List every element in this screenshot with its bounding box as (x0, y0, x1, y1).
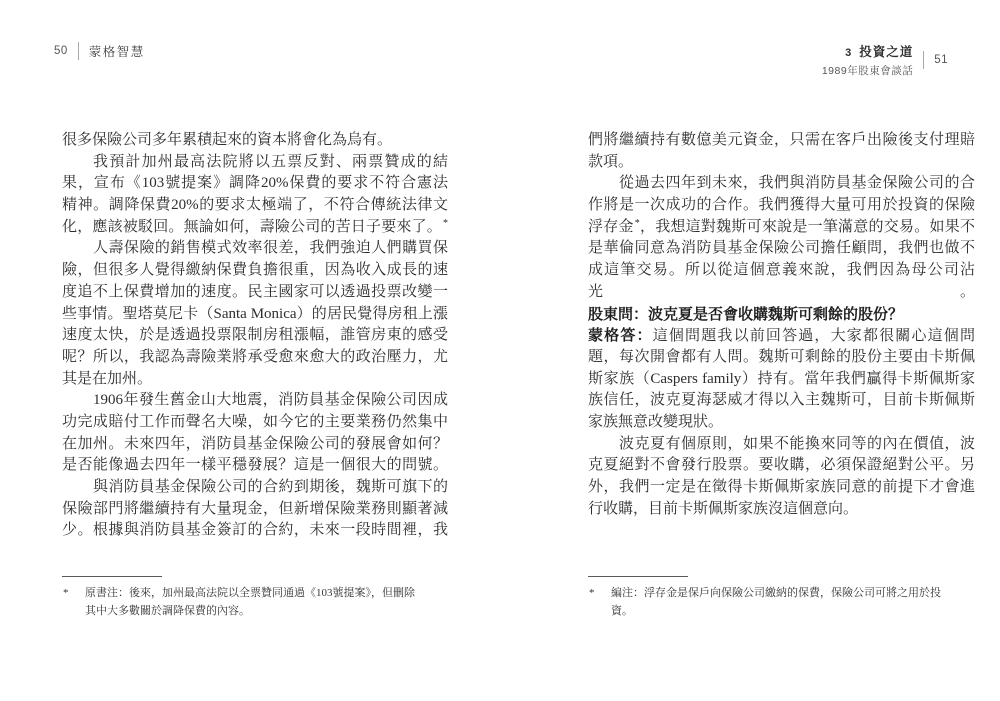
text-segment: 少。根據與消防員基金簽訂的合約，未來一段時間裡，我 (62, 522, 448, 538)
text-line: 些事情。聖塔莫尼卡（Santa Monica）的居民覺得房租上漲 (62, 304, 448, 326)
text-segment: 作將是一次成功的合作。我們獲得大量可用於投資的保險 (588, 197, 975, 213)
text-line: 克夏絕對不會發行股票。要收購，必須保證絕對公平。另 (588, 455, 975, 477)
text-segment: 在加州。未來四年，消防員基金保險公司的發展會如何？ (62, 436, 448, 452)
text-segment: 波克夏有個原則，如果不能換來同等的內在價值，波 (619, 436, 975, 452)
text-segment: 些事情。聖塔莫尼卡（Santa Monica）的居民覺得房租上漲 (62, 306, 448, 322)
text-segment: 與消防員基金保險公司的合約到期後，魏斯可旗下的 (93, 479, 448, 495)
text-line: 速度太快，於是透過投票限制房租漲幅，誰管房東的感受 (62, 325, 448, 347)
text-line: 蒙格答：這個問題我以前回答過，大家都很關心這個問 (588, 325, 975, 347)
text-line: 1906年發生舊金山大地震，消防員基金保險公司因成 (62, 390, 448, 412)
text-line: 外，我們一定是在徵得卡斯佩斯家族同意的前提下才會進 (588, 477, 975, 499)
text-line: 險，但很多人覺得繳納保費負擔很重，因為收入成長的速 (62, 260, 448, 282)
text-line: 度追不上保費增加的速度。民主國家可以透過投票改變一 (62, 282, 448, 304)
text-line: 題，每次開會都有人問。魏斯可剩餘的股份主要由卡斯佩 (588, 347, 975, 369)
text-segment: 是華倫同意為消防員基金保險公司擔任顧問，我們也做不 (588, 240, 975, 256)
right-page-body: 們將繼續持有數億美元資金，只需在客戶出險後支付理賠款項。從過去四年到未來，我們與… (588, 130, 975, 520)
text-segment: 這個問題我以前回答過，大家都很關心這個問 (653, 328, 975, 344)
text-segment: 保險部門將繼續持有大量現金，但新增保險業務則顯著減 (62, 501, 448, 517)
text-line: 是否能像過去四年一樣平穩發展？這是一個很大的問號。 (62, 455, 448, 477)
text-line: 款項。 (588, 152, 975, 174)
text-line: 其是在加州。 (62, 369, 448, 391)
text-line: 浮存金*，我想這對魏斯可來說是一筆滿意的交易。如果不 (588, 217, 975, 239)
text-segment: 呢？所以，我認為壽險業將承受愈來愈大的政治壓力，尤 (62, 349, 448, 365)
header-divider (923, 51, 924, 69)
text-segment: 是否能像過去四年一樣平穩發展？這是一個很大的問號。 (62, 457, 448, 473)
text-segment: 速度太快，於是透過投票限制房租漲幅，誰管房東的感受 (62, 327, 448, 343)
left-footnote: * 原書注：後來，加州最高法院以全票贊同通過《103號提案》，但刪除 其中大多數… (62, 576, 448, 620)
text-segment: 很多保險公司多年累積起來的資本將會化為烏有。 (62, 132, 392, 148)
text-line: 在加州。未來四年，消防員基金保險公司的發展會如何？ (62, 434, 448, 456)
text-segment: 款項。 (588, 154, 633, 170)
left-page-number: 50 (54, 45, 68, 57)
footnote-body: * 編注：浮存金是保戶向保險公司繳納的保費，保險公司可將之用於投 資。 (588, 584, 975, 620)
text-line: 很多保險公司多年累積起來的資本將會化為烏有。 (62, 130, 448, 152)
text-line: 家族無意改變現狀。 (588, 412, 975, 434)
footnote-marker: * (589, 584, 595, 602)
text-segment: 人壽保險的銷售模式效率很差，我們強迫人們購買保 (93, 240, 448, 256)
text-line: 族信任，波克夏海瑟威才得以入主魏斯可，目前卡斯佩斯 (588, 390, 975, 412)
text-segment: 功完成賠付工作而聲名大噪，如今它的主要業務仍然集中 (62, 414, 448, 430)
text-line: 作將是一次成功的合作。我們獲得大量可用於投資的保險 (588, 195, 975, 217)
right-running-head: 3投資之道 1989年股東會談話 51 (822, 42, 948, 78)
text-segment: 度追不上保費增加的速度。民主國家可以透過投票改變一 (62, 284, 448, 300)
text-segment: 家族無意改變現狀。 (588, 414, 723, 430)
speaker-label: 蒙格答： (588, 327, 653, 344)
footnote-rule (588, 576, 688, 577)
footnote-text-line: 其中大多數關於調降保費的內容。 (85, 602, 448, 620)
chapter-title-line: 3投資之道 (822, 42, 913, 60)
footnote-body: * 原書注：後來，加州最高法院以全票贊同通過《103號提案》，但刪除 其中大多數… (62, 584, 448, 620)
text-segment: 險，但很多人覺得繳納保費負擔很重，因為收入成長的速 (62, 262, 448, 278)
text-segment: 外，我們一定是在徵得卡斯佩斯家族同意的前提下才會進 (588, 479, 975, 495)
text-line: 功完成賠付工作而聲名大噪，如今它的主要業務仍然集中 (62, 412, 448, 434)
text-segment: 精神。調降保費20%的要求太極端了，不符合傳統法律文 (62, 197, 448, 213)
text-line: 從過去四年到未來，我們與消防員基金保險公司的合 (588, 173, 975, 195)
text-line: 們將繼續持有數億美元資金，只需在客戶出險後支付理賠 (588, 130, 975, 152)
footnote-rule (62, 576, 162, 577)
text-line: 成這筆交易。所以從這個意義來說，我們因為母公司沾光。 (588, 260, 975, 282)
text-line: 行收購，目前卡斯佩斯家族沒這個意向。 (588, 499, 975, 521)
text-segment: 1906年發生舊金山大地震，消防員基金保險公司因成 (93, 392, 448, 408)
footnote-text-line: 資。 (611, 602, 975, 620)
footnote-ref-asterisk: * (634, 218, 640, 229)
text-segment: 斯家族（Caspers family）持有。當年我們贏得卡斯佩斯家 (588, 371, 975, 387)
footnote-text-line: 原書注：後來，加州最高法院以全票贊同通過《103號提案》，但刪除 (85, 584, 448, 602)
footnote-marker: * (63, 584, 69, 602)
text-line: 精神。調降保費20%的要求太極端了，不符合傳統法律文 (62, 195, 448, 217)
text-segment: 克夏絕對不會發行股票。要收購，必須保證絕對公平。另 (588, 457, 975, 473)
footnote-text-line: 編注：浮存金是保戶向保險公司繳納的保費，保險公司可將之用於投 (611, 584, 975, 602)
text-segment: 成這筆交易。所以從這個意義來說，我們因為母公司沾光。 (588, 262, 975, 300)
chapter-title: 投資之道 (859, 45, 913, 59)
text-segment: 們將繼續持有數億美元資金，只需在客戶出險後支付理賠 (588, 132, 975, 148)
book-title: 蒙格智慧 (89, 42, 145, 60)
footnote-ref-asterisk: * (442, 218, 448, 229)
right-footnote: * 編注：浮存金是保戶向保險公司繳納的保費，保險公司可將之用於投 資。 (588, 576, 975, 620)
text-line: 果，宣布《103號提案》調降20%保費的要求不符合憲法 (62, 173, 448, 195)
text-segment: 股東問：波克夏是否會收購魏斯可剩餘的股份？ (588, 306, 903, 323)
text-segment: 我預計加州最高法院將以五票反對、兩票贊成的結 (93, 154, 448, 170)
text-line: 與消防員基金保險公司的合約到期後，魏斯可旗下的 (62, 477, 448, 499)
text-segment: 化，應該被駁回。無論如何，壽險公司的苦日子要來了。 (62, 219, 442, 235)
text-line: 波克夏有個原則，如果不能換來同等的內在價值，波 (588, 434, 975, 456)
text-line: 化，應該被駁回。無論如何，壽險公司的苦日子要來了。* (62, 217, 448, 239)
text-segment: 浮存金 (588, 219, 634, 235)
section-heading: 股東問：波克夏是否會收購魏斯可剩餘的股份？ (588, 304, 975, 326)
text-line: 人壽保險的銷售模式效率很差，我們強迫人們購買保 (62, 238, 448, 260)
text-line: 斯家族（Caspers family）持有。當年我們贏得卡斯佩斯家 (588, 369, 975, 391)
text-segment: 其是在加州。 (62, 371, 152, 387)
text-segment: 行收購，目前卡斯佩斯家族沒這個意向。 (588, 501, 858, 517)
text-line: 呢？所以，我認為壽險業將承受愈來愈大的政治壓力，尤 (62, 347, 448, 369)
text-segment: 題，每次開會都有人問。魏斯可剩餘的股份主要由卡斯佩 (588, 349, 975, 365)
chapter-number: 3 (845, 47, 852, 59)
text-segment: 果，宣布《103號提案》調降20%保費的要求不符合憲法 (62, 175, 448, 191)
text-segment: ，我想這對魏斯可來說是一筆滿意的交易。如果不 (640, 219, 975, 235)
chapter-head: 3投資之道 1989年股東會談話 (822, 42, 913, 78)
text-line: 我預計加州最高法院將以五票反對、兩票贊成的結 (62, 152, 448, 174)
text-segment: 從過去四年到未來，我們與消防員基金保險公司的合 (619, 175, 975, 191)
left-page-body: 很多保險公司多年累積起來的資本將會化為烏有。我預計加州最高法院將以五票反對、兩票… (62, 130, 448, 542)
header-divider (78, 42, 79, 60)
text-line: 是華倫同意為消防員基金保險公司擔任顧問，我們也做不 (588, 238, 975, 260)
text-line: 少。根據與消防員基金簽訂的合約，未來一段時間裡，我 (62, 520, 448, 542)
section-subtitle: 1989年股東會談話 (822, 63, 913, 78)
text-segment: 族信任，波克夏海瑟威才得以入主魏斯可，目前卡斯佩斯 (588, 392, 975, 408)
book-spread: 50 蒙格智慧 3投資之道 1989年股東會談話 51 很多保險公司多年累積起來… (0, 0, 1000, 701)
left-running-head: 50 蒙格智慧 (54, 42, 145, 60)
text-line: 保險部門將繼續持有大量現金，但新增保險業務則顯著減 (62, 499, 448, 521)
right-page-number: 51 (934, 54, 948, 66)
